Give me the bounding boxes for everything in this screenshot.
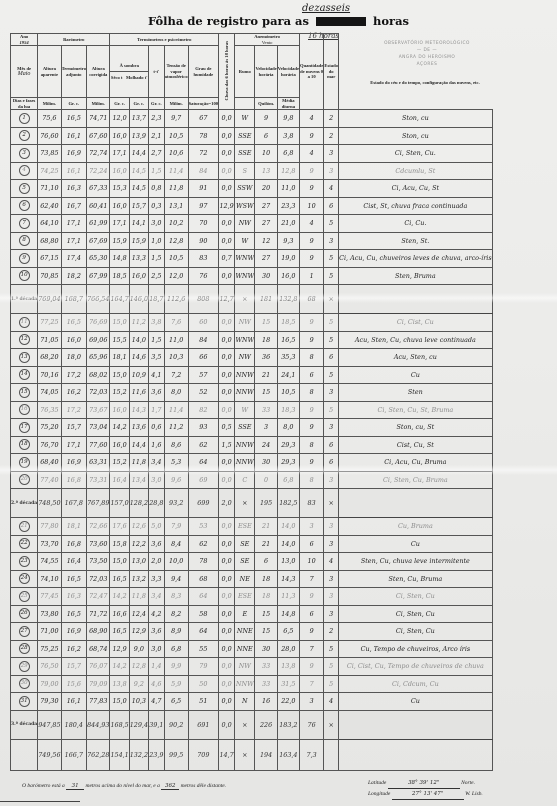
rain-cell: 0,0 bbox=[219, 232, 235, 250]
decade-label: 1.ª década bbox=[11, 285, 38, 314]
bar-alt-cell: 71,00 bbox=[38, 623, 61, 641]
table-row: 2976,5015,776,0714,212,81,49,9790,0NW331… bbox=[11, 658, 557, 676]
remarks-cell: Acu, Sten, Cu, chuva leve continuada bbox=[339, 331, 493, 349]
sea-cell: 3 bbox=[324, 535, 339, 553]
clouds-cell: 10 bbox=[300, 553, 324, 571]
vapor-cell: 11,0 bbox=[164, 331, 188, 349]
vapor-cell: 9,9 bbox=[164, 658, 188, 676]
diff-cell: 1,5 bbox=[149, 250, 165, 268]
dir-cell: SSW bbox=[235, 180, 255, 198]
rain-cell: 0,0 bbox=[219, 675, 235, 693]
day-circle: 29 bbox=[19, 661, 30, 672]
dry-cell: 15,8 bbox=[110, 535, 129, 553]
table-row: 2077,4016,873,3116,413,43,09,6690,0C06,8… bbox=[11, 471, 557, 489]
bar-temp-cell: 17,1 bbox=[61, 215, 87, 233]
wet-cell: 13,9 bbox=[129, 127, 148, 145]
mean-speed-cell: 11,3 bbox=[277, 588, 299, 606]
mean-speed-cell: 163,4 bbox=[277, 739, 299, 770]
mean-speed-cell: 14,8 bbox=[277, 605, 299, 623]
bar-alt-cell: 77,25 bbox=[38, 314, 61, 332]
dir-cell: W bbox=[235, 401, 255, 419]
day-number: 17 bbox=[11, 419, 38, 437]
rain-cell: 0,0 bbox=[219, 162, 235, 180]
humid-cell: 53 bbox=[188, 518, 218, 536]
wet-cell: 129,4 bbox=[129, 710, 148, 739]
redacted-hour-box bbox=[316, 17, 366, 26]
barometer-text: O barómetro está a bbox=[22, 783, 65, 789]
dry-cell: 15,2 bbox=[110, 454, 129, 472]
table-row: 175,616,574,7112,013,72,39,7670,0W99,842… bbox=[11, 110, 557, 128]
dir-cell: × bbox=[235, 710, 255, 739]
bar-temp-cell: 17,1 bbox=[61, 436, 87, 454]
dir-cell: SSE bbox=[235, 145, 255, 163]
bar-corr-cell: 67,69 bbox=[87, 232, 110, 250]
bar-temp-cell: 16,2 bbox=[61, 384, 87, 402]
wet-cell: 12,6 bbox=[129, 518, 148, 536]
day-circle: 31 bbox=[19, 696, 30, 707]
vapor-cell: 11,4 bbox=[164, 401, 188, 419]
day-circle: 20 bbox=[19, 474, 30, 485]
day-circle: 12 bbox=[19, 334, 30, 345]
remarks-cell: Ci, Acu, Cu, chuveiros leves de chuva, a… bbox=[339, 250, 493, 268]
rain-cell: 0,0 bbox=[219, 349, 235, 367]
remarks-cell: Cu, Bruma bbox=[339, 518, 493, 536]
vapor-cell: 7,2 bbox=[164, 366, 188, 384]
table-row: 3179,3016,177,8315,010,34,76,5510,0N1622… bbox=[11, 693, 557, 711]
clouds-cell: 76 bbox=[300, 710, 324, 739]
unit-cell: Gr. c. bbox=[129, 98, 148, 110]
bar-temp-cell: 16,2 bbox=[61, 640, 87, 658]
diff-cell: 4,2 bbox=[149, 605, 165, 623]
dry-cell: 16,0 bbox=[110, 401, 129, 419]
dir-cell: SE bbox=[235, 553, 255, 571]
bar-alt-cell: 77,80 bbox=[38, 518, 61, 536]
sea-cell: 5 bbox=[324, 250, 339, 268]
dir-cell: NW bbox=[235, 349, 255, 367]
table-row: 2474,1016,572,0316,513,23,39,4680,0NE181… bbox=[11, 570, 557, 588]
bar-corr-cell: 72,03 bbox=[87, 570, 110, 588]
rain-header: Chuva das 6 horas às 18 horas bbox=[219, 34, 235, 110]
diff-cell: 4,7 bbox=[149, 693, 165, 711]
remarks-cell: Cu bbox=[339, 693, 493, 711]
humid-cell: 62 bbox=[188, 436, 218, 454]
unit-cell: Média diurna bbox=[277, 98, 299, 110]
table-row: 1177,2516,576,6915,011,23,87,6600,0NW151… bbox=[11, 314, 557, 332]
rain-cell: 0,0 bbox=[219, 693, 235, 711]
day-number: 15 bbox=[11, 384, 38, 402]
bar-corr-cell: 71,72 bbox=[87, 605, 110, 623]
coordinates: Latitude 38° 39' 12" Norte. Longitude 27… bbox=[368, 778, 483, 800]
dir-cell: N bbox=[235, 693, 255, 711]
mean-speed-cell: 21,0 bbox=[277, 215, 299, 233]
humid-cell: 57 bbox=[188, 366, 218, 384]
sea-cell: 5 bbox=[324, 314, 339, 332]
rain-cell: 0,0 bbox=[219, 366, 235, 384]
wet-cell: 12,4 bbox=[129, 605, 148, 623]
bar-corr-cell: 767,89 bbox=[87, 489, 110, 518]
bar-temp-cell: 17,2 bbox=[61, 366, 87, 384]
bar-temp-cell: 16,3 bbox=[61, 588, 87, 606]
bar-temp-cell: 17,2 bbox=[61, 401, 87, 419]
clouds-cell: 7 bbox=[300, 570, 324, 588]
bar-corr-cell: 60,41 bbox=[87, 197, 110, 215]
dry-cell: 15,9 bbox=[110, 232, 129, 250]
remarks-cell: Cdcumlu, St bbox=[339, 162, 493, 180]
wet-cell: 13,7 bbox=[129, 110, 148, 128]
humid-cell: 83 bbox=[188, 250, 218, 268]
bar-corr-cell: 762,28 bbox=[87, 739, 110, 770]
remarks-cell: Cist, Cu, St bbox=[339, 436, 493, 454]
bar-alt-cell: 74,05 bbox=[38, 384, 61, 402]
latitude-label: Latitude bbox=[368, 780, 386, 786]
rain-cell: 0,0 bbox=[219, 535, 235, 553]
mean-speed-cell: 19,0 bbox=[277, 250, 299, 268]
table-row: 1968,4016,963,3115,211,83,45,3640,0NNW30… bbox=[11, 454, 557, 472]
sea-cell bbox=[324, 739, 339, 770]
speed-cell: 194 bbox=[255, 739, 277, 770]
sea-cell: 5 bbox=[324, 215, 339, 233]
vapor-cell: 8,9 bbox=[164, 623, 188, 641]
wet-cell: 11,2 bbox=[129, 314, 148, 332]
sea-cell: 5 bbox=[324, 640, 339, 658]
bar-corr-cell: 73,31 bbox=[87, 471, 110, 489]
mean-speed-cell: 35,3 bbox=[277, 349, 299, 367]
humid-cell: 90 bbox=[188, 232, 218, 250]
vapor-cell: 11,8 bbox=[164, 180, 188, 198]
dir-cell: SE bbox=[235, 535, 255, 553]
day-number: 9 bbox=[11, 250, 38, 268]
clouds-cell: 6 bbox=[300, 535, 324, 553]
day-number: 21 bbox=[11, 518, 38, 536]
clouds-cell: 6 bbox=[300, 605, 324, 623]
rain-cell: 0,0 bbox=[219, 553, 235, 571]
rain-cell: 0,7 bbox=[219, 250, 235, 268]
mean-speed-cell: 24,1 bbox=[277, 366, 299, 384]
wet-cell: 13,0 bbox=[129, 553, 148, 571]
speed-cell: 30 bbox=[255, 640, 277, 658]
table-row: 3079,0015,679,0913,89,24,65,9500,0NNW333… bbox=[11, 675, 557, 693]
decade-label bbox=[11, 739, 38, 770]
longitude-suffix: W. Lisb. bbox=[465, 791, 483, 797]
diff-cell: 1,4 bbox=[149, 658, 165, 676]
humid-cell: 76 bbox=[188, 267, 218, 285]
remarks-cell: Ci, Sten, Cu, St, Bruma bbox=[339, 401, 493, 419]
clouds-cell: 9 bbox=[300, 232, 324, 250]
dry-cell: 16,0 bbox=[110, 162, 129, 180]
anemometer-group-header: AnemómetroVento bbox=[235, 34, 300, 46]
speed-cell: 18 bbox=[255, 588, 277, 606]
remarks-cell: Ci, Acu, Cu, Bruma bbox=[339, 454, 493, 472]
bar-corr-cell: 68,02 bbox=[87, 366, 110, 384]
humid-cell: 64 bbox=[188, 588, 218, 606]
rain-cell: 14,7 bbox=[219, 739, 235, 770]
diff-cell: 2,5 bbox=[149, 267, 165, 285]
day-number: 26 bbox=[11, 605, 38, 623]
rain-cell: 1,5 bbox=[219, 436, 235, 454]
sea-cell: 3 bbox=[324, 605, 339, 623]
diff-cell: 2,1 bbox=[149, 127, 165, 145]
wet-cell: 13,6 bbox=[129, 419, 148, 437]
dir-cell: W bbox=[235, 232, 255, 250]
bar-temp-cell: 16,4 bbox=[61, 553, 87, 571]
sea-cell: 5 bbox=[324, 267, 339, 285]
unit-cell: Gr. c. bbox=[149, 98, 165, 110]
barometer-text: metros acima do nível do mar, e a bbox=[85, 783, 159, 789]
sea-cell: 5 bbox=[324, 675, 339, 693]
day-circle: 19 bbox=[19, 457, 30, 468]
bar-corr-cell: 69,06 bbox=[87, 331, 110, 349]
bar-alt-cell: 74,55 bbox=[38, 553, 61, 571]
wet-cell: 11,8 bbox=[129, 454, 148, 472]
bar-alt-cell: 76,60 bbox=[38, 127, 61, 145]
bar-corr-cell: 67,99 bbox=[87, 267, 110, 285]
bar-corr-cell: 61,99 bbox=[87, 215, 110, 233]
speed-cell: 27 bbox=[255, 197, 277, 215]
vapor-cell: 10,2 bbox=[164, 215, 188, 233]
bar-corr-cell: 74,71 bbox=[87, 110, 110, 128]
dry-cell: 16,4 bbox=[110, 471, 129, 489]
diff-cell: 23,9 bbox=[149, 739, 165, 770]
diff-cell: 0,3 bbox=[149, 197, 165, 215]
dry-cell: 15,0 bbox=[110, 314, 129, 332]
sea-cell: 4 bbox=[324, 693, 339, 711]
speed-cell: 15 bbox=[255, 384, 277, 402]
remarks-cell bbox=[339, 739, 493, 770]
bar-alt-cell: 68,40 bbox=[38, 454, 61, 472]
rain-cell: 0,0 bbox=[219, 180, 235, 198]
dir-cell: SSE bbox=[235, 127, 255, 145]
bar-temp-cell: 17,1 bbox=[61, 232, 87, 250]
dry-cell: 168,5 bbox=[110, 710, 129, 739]
day-circle: 4 bbox=[19, 165, 30, 176]
day-number: 28 bbox=[11, 640, 38, 658]
vapor-cell: 12,0 bbox=[164, 267, 188, 285]
wet-cell: 12,2 bbox=[129, 535, 148, 553]
remarks-cell: Cist, St, chuva fraca continuada bbox=[339, 197, 493, 215]
vapor-cell: 10,6 bbox=[164, 145, 188, 163]
thermometers-group-header: Termómetros e psicrómetro bbox=[110, 34, 219, 46]
bar-temp-cell: 16,1 bbox=[61, 693, 87, 711]
mean-speed-cell: 14,3 bbox=[277, 570, 299, 588]
day-circle: 21 bbox=[19, 521, 30, 532]
diff-cell: 3,4 bbox=[149, 588, 165, 606]
bar-corr-cell: 76,69 bbox=[87, 314, 110, 332]
bar-alt-cell: 77,40 bbox=[38, 471, 61, 489]
remarks-cell: Sten, Bruma bbox=[339, 267, 493, 285]
barometer-note: O barómetro está a 31 metros acima do ní… bbox=[22, 783, 226, 790]
remarks-cell: Cu bbox=[339, 366, 493, 384]
clouds-cell: 9 bbox=[300, 658, 324, 676]
day-number: 16 bbox=[11, 401, 38, 419]
mean-speed-cell: 14,0 bbox=[277, 518, 299, 536]
table-row: 276,6016,167,6016,013,92,110,5780,0SSE63… bbox=[11, 127, 557, 145]
day-number: 5 bbox=[11, 180, 38, 198]
unit-cell: Milím. bbox=[38, 98, 61, 110]
table-row: 2177,8018,172,6617,612,65,07,9530,0ESE21… bbox=[11, 518, 557, 536]
monthly-total-row: 749,56166,7762,28154,1132,223,999,570914… bbox=[11, 739, 557, 770]
page-title: Fôlha de registro para as horas bbox=[0, 14, 557, 28]
clouds-cell: 9 bbox=[300, 127, 324, 145]
speed-cell: 6 bbox=[255, 127, 277, 145]
table-row: 2374,5516,473,5015,013,02,010,0780,0SE61… bbox=[11, 553, 557, 571]
mean-speed-cell: 22,0 bbox=[277, 693, 299, 711]
bar-alt-cell: 73,70 bbox=[38, 535, 61, 553]
sea-cell: 2 bbox=[324, 110, 339, 128]
bar-alt-cell: 75,20 bbox=[38, 419, 61, 437]
vapor-cell: 7,9 bbox=[164, 518, 188, 536]
sea-cell: 6 bbox=[324, 454, 339, 472]
wet-cell: 9,0 bbox=[129, 640, 148, 658]
humid-cell: 78 bbox=[188, 127, 218, 145]
dir-cell: WNW bbox=[235, 331, 255, 349]
bar-alt-cell: 79,00 bbox=[38, 675, 61, 693]
humid-cell: 62 bbox=[188, 535, 218, 553]
day-number: 6 bbox=[11, 197, 38, 215]
dir-cell: C bbox=[235, 471, 255, 489]
day-circle: 1 bbox=[19, 113, 30, 124]
table-row: 1876,7017,177,6016,014,41,68,6621,5NNW24… bbox=[11, 436, 557, 454]
humid-cell: 69 bbox=[188, 471, 218, 489]
speed-cell: 12 bbox=[255, 232, 277, 250]
remarks-cell bbox=[339, 710, 493, 739]
wet-cell: 14,3 bbox=[129, 401, 148, 419]
dir-cell: NW bbox=[235, 658, 255, 676]
humid-cell: 84 bbox=[188, 331, 218, 349]
remarks-cell: Ci, Sten, Cu bbox=[339, 605, 493, 623]
speed-cell: 9 bbox=[255, 110, 277, 128]
clouds-cell: 9 bbox=[300, 588, 324, 606]
bar-corr-cell: 73,04 bbox=[87, 419, 110, 437]
clouds-cell: 6 bbox=[300, 366, 324, 384]
vapor-cell: 7,6 bbox=[164, 314, 188, 332]
dry-cell: 15,0 bbox=[110, 366, 129, 384]
wet-cell: 10,3 bbox=[129, 693, 148, 711]
sea-cell: 3 bbox=[324, 570, 339, 588]
wet-cell: 16,0 bbox=[129, 267, 148, 285]
table-row: 2273,7016,873,6015,812,23,68,4620,0SE211… bbox=[11, 535, 557, 553]
vapor-cell: 5,3 bbox=[164, 454, 188, 472]
diff-cell: 18,7 bbox=[149, 285, 165, 314]
bar-alt-cell: 749,56 bbox=[38, 739, 61, 770]
clouds-cell: 9 bbox=[300, 331, 324, 349]
day-number: 25 bbox=[11, 588, 38, 606]
sea-cell: 3 bbox=[324, 471, 339, 489]
mean-speed-cell: 8,0 bbox=[277, 419, 299, 437]
sea-distance: 362 bbox=[161, 783, 179, 790]
dir-cell: NNW bbox=[235, 454, 255, 472]
rain-cell: 0,0 bbox=[219, 640, 235, 658]
year-header: Ano1954 bbox=[11, 34, 38, 46]
bar-temp-cell: 15,7 bbox=[61, 658, 87, 676]
dir-cell: × bbox=[235, 489, 255, 518]
sea-cell: 3 bbox=[324, 518, 339, 536]
day-circle: 14 bbox=[19, 369, 30, 380]
clouds-cell: 3 bbox=[300, 518, 324, 536]
humid-cell: 93 bbox=[188, 419, 218, 437]
humid-cell: 699 bbox=[188, 489, 218, 518]
rain-cell: 0,0 bbox=[219, 518, 235, 536]
vapor-cell: 9,4 bbox=[164, 570, 188, 588]
day-circle: 18 bbox=[19, 439, 30, 450]
dry-cell: 157,0 bbox=[110, 489, 129, 518]
vapor-cell: 90,2 bbox=[164, 710, 188, 739]
rain-cell: 0,0 bbox=[219, 570, 235, 588]
diff-cell: 1,5 bbox=[149, 162, 165, 180]
rain-cell: 0,0 bbox=[219, 127, 235, 145]
wet-cell: 14,5 bbox=[129, 180, 148, 198]
bar-temp-cell: 16,5 bbox=[61, 314, 87, 332]
dir-cell: NNE bbox=[235, 640, 255, 658]
dry-cell: 14,2 bbox=[110, 419, 129, 437]
speed-cell: 195 bbox=[255, 489, 277, 518]
humid-cell: 808 bbox=[188, 285, 218, 314]
mean-speed-cell: 12,8 bbox=[277, 162, 299, 180]
remarks-cell: Sten, Cu, Bruma bbox=[339, 570, 493, 588]
mean-speed-cell: 16,5 bbox=[277, 331, 299, 349]
dir-cell: NE bbox=[235, 570, 255, 588]
vapor-cell: 8,2 bbox=[164, 605, 188, 623]
bar-corr-cell: 73,67 bbox=[87, 401, 110, 419]
speed-cell: 15 bbox=[255, 605, 277, 623]
mean-speed-cell: 13,0 bbox=[277, 553, 299, 571]
vapor-cell: 6,8 bbox=[164, 640, 188, 658]
vapor-cell: 8,0 bbox=[164, 384, 188, 402]
dir-cell: WNW bbox=[235, 267, 255, 285]
mean-speed-cell: 10,5 bbox=[277, 384, 299, 402]
dir-cell: S bbox=[235, 162, 255, 180]
bar-alt-cell: 769,04 bbox=[38, 285, 61, 314]
speed-cell: 30 bbox=[255, 454, 277, 472]
bar-alt-cell: 70,85 bbox=[38, 267, 61, 285]
dir-cell: NNW bbox=[235, 366, 255, 384]
longitude-value: 27° 13' 47" bbox=[392, 789, 464, 800]
humid-cell: 691 bbox=[188, 710, 218, 739]
day-circle: 11 bbox=[19, 317, 30, 328]
sea-cell: 4 bbox=[324, 553, 339, 571]
day-number: 27 bbox=[11, 623, 38, 641]
bar-alt-cell: 748,50 bbox=[38, 489, 61, 518]
humid-cell: 79 bbox=[188, 658, 218, 676]
dir-cell: SSE bbox=[235, 419, 255, 437]
day-circle: 13 bbox=[19, 352, 30, 363]
dir-cell: NW bbox=[235, 314, 255, 332]
vapor-cell: 8,6 bbox=[164, 436, 188, 454]
humid-cell: 709 bbox=[188, 739, 218, 770]
mean-speed-cell: 23,3 bbox=[277, 197, 299, 215]
sea-cell: × bbox=[324, 710, 339, 739]
day-circle: 17 bbox=[19, 422, 30, 433]
days-header: Dias e fases da lua bbox=[11, 98, 38, 110]
dir-cell: E bbox=[235, 605, 255, 623]
wet-cell: 146,0 bbox=[129, 285, 148, 314]
wet-cell: 14,0 bbox=[129, 331, 148, 349]
rain-cell: 0,0 bbox=[219, 454, 235, 472]
bar-alt-cell: 74,25 bbox=[38, 162, 61, 180]
wet-cell: 12,9 bbox=[129, 623, 148, 641]
day-number: 2 bbox=[11, 127, 38, 145]
bar-temp-header: Termómetro adjunto bbox=[61, 46, 87, 98]
mean-speed-cell: 11,0 bbox=[277, 180, 299, 198]
mean-speed-cell: 18,3 bbox=[277, 401, 299, 419]
day-number: 1 bbox=[11, 110, 38, 128]
day-number: 4 bbox=[11, 162, 38, 180]
footer-rule bbox=[0, 801, 80, 802]
bar-temp-cell: 16,0 bbox=[61, 331, 87, 349]
dry-cell: 18,5 bbox=[110, 267, 129, 285]
bar-temp-cell: 16,5 bbox=[61, 110, 87, 128]
barometer-text: metros dêle distante. bbox=[181, 783, 226, 789]
day-circle: 30 bbox=[19, 678, 30, 689]
